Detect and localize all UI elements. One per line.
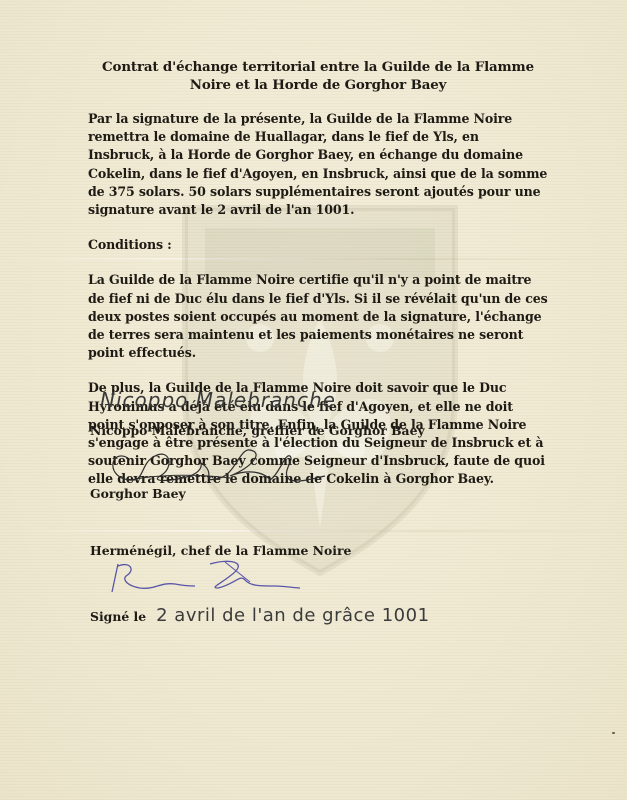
signed-date-line: Signé le 2 avril de l'an de grâce 1001 bbox=[90, 605, 430, 626]
conditions-heading: Conditions : bbox=[88, 236, 548, 254]
signature-nicoppo: Nicoppo Malebranche bbox=[100, 388, 336, 412]
paragraph-conditions: La Guilde de la Flamme Noire certifie qu… bbox=[88, 271, 548, 362]
signed-date-handwritten: 2 avril de l'an de grâce 1001 bbox=[156, 605, 429, 626]
contract-title: Contrat d'échange territorial entre la G… bbox=[88, 58, 548, 94]
signature-gorghor-scribble bbox=[100, 438, 340, 488]
paper-speck bbox=[612, 732, 615, 734]
paragraph-terms: Par la signature de la présente, la Guil… bbox=[88, 110, 548, 219]
signed-label: Signé le bbox=[90, 609, 146, 624]
signature-hermenegil-scribble bbox=[100, 556, 300, 596]
signatory-label-greffier: Nicoppo Malebranche, greffier de Gorghor… bbox=[90, 423, 425, 438]
signatory-label-gorghor: Gorghor Baey bbox=[90, 486, 186, 501]
